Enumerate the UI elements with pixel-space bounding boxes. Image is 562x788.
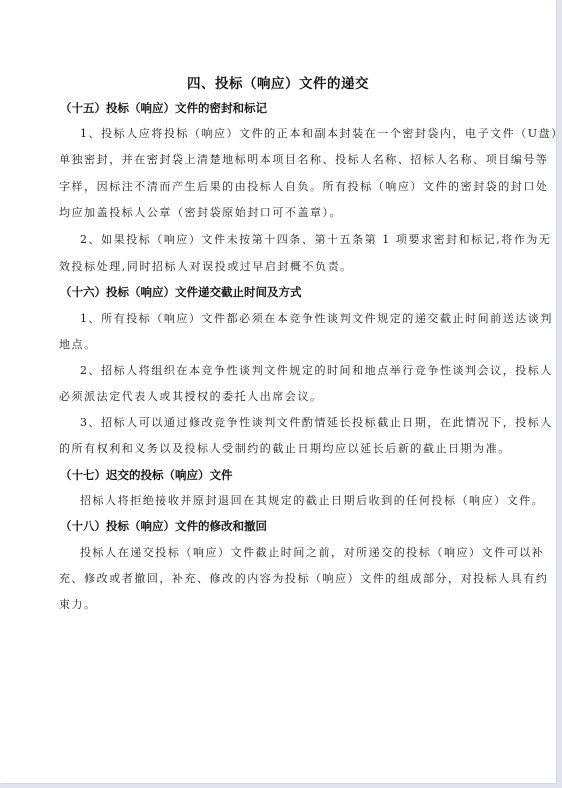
- paragraph-line: 的所有权利和义务以及投标人受制约的截止日期均应以延长后新的截止日期为准。: [59, 441, 511, 457]
- section-heading-18: （十八）投标（响应）文件的修改和撤回: [60, 518, 267, 534]
- paragraph-line: 地点。: [59, 337, 97, 353]
- paragraph-line: 招标人将拒绝接收并原封退回在其规定的截止日期后收到的任何投标（响应）文件。: [80, 493, 544, 509]
- vertical-scrollbar[interactable]: [557, 0, 562, 788]
- paragraph-line: 字样，因标注不清而产生后果的由投标人自负。所有投标（响应）文件的密封袋的封口处: [59, 179, 548, 195]
- paragraph-line: 2、如果投标（响应）文件未按第十四条、第十五条第 1 项要求密封和标记,将作为无: [80, 232, 551, 248]
- document-viewer: 四、投标（响应）文件的递交 （十五）投标（响应）文件的密封和标记 1、投标人应将…: [0, 0, 562, 788]
- section-heading-16: （十六）投标（响应）文件递交截止时间及方式: [60, 284, 302, 300]
- paragraph-line: 1、投标人应将投标（响应）文件的正本和副本封装在一个密封袋内，电子文件（U盘）: [80, 126, 562, 142]
- paragraph-line: 必须派法定代表人或其授权的委托人出席会议。: [59, 389, 323, 405]
- paragraph-line: 均应加盖投标人公章（密封袋原始封口可不盖章）。: [59, 205, 342, 221]
- paragraph-line: 束力。: [59, 597, 97, 613]
- paragraph-line: 3、招标人可以通过修改竞争性谈判文件酌情延长投标截止日期，在此情况下，投标人: [80, 415, 553, 431]
- paragraph-line: 效投标处理,同时招标人对误投或过早启封概不负责。: [59, 259, 353, 275]
- page-title: 四、投标（响应）文件的递交: [0, 75, 556, 93]
- paragraph-line: 充、修改或者撤回，补充、修改的内容为投标（响应）文件的组成部分，对投标人具有约: [59, 571, 548, 587]
- paragraph-line: 2、招标人将组织在本竞争性谈判文件规定的时间和地点举行竞争性谈判会议，投标人: [80, 363, 553, 379]
- section-heading-15: （十五）投标（响应）文件的密封和标记: [60, 100, 267, 116]
- paragraph-line: 投标人在递交投标（响应）文件截止时间之前，对所递交的投标（响应）文件可以补: [80, 545, 544, 561]
- paragraph-line: 单独密封，并在密封袋上清楚地标明本项目名称、投标人名称、招标人名称、项目编号等: [59, 152, 548, 168]
- document-page: 四、投标（响应）文件的递交 （十五）投标（响应）文件的密封和标记 1、投标人应将…: [0, 0, 556, 783]
- paragraph-line: 1、所有投标（响应）文件都必须在本竞争性谈判文件规定的递交截止时间前送达谈判: [80, 311, 553, 327]
- section-heading-17: （十七）迟交的投标（响应）文件: [60, 467, 233, 483]
